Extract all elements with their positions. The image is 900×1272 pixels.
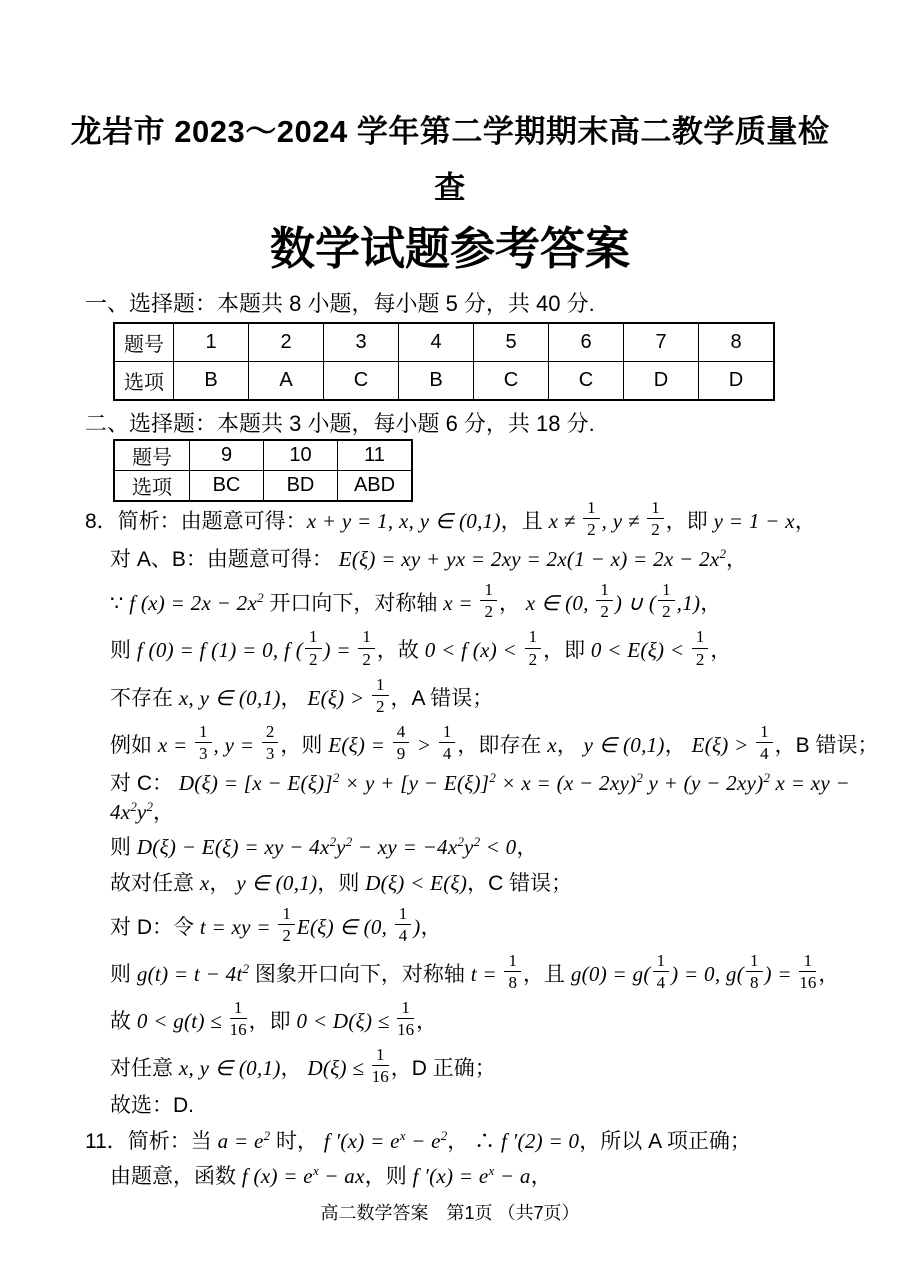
fraction-denominator: 2	[525, 649, 542, 669]
fraction-denominator: 2	[658, 601, 675, 621]
fraction-denominator: 4	[439, 743, 456, 763]
math-run: g(0) = g(	[571, 962, 651, 986]
question-number-cell: 5	[474, 323, 549, 362]
answer-cell: D	[699, 362, 775, 401]
row-label-cell: 题号	[114, 440, 190, 471]
math-run: D(ξ) = [x − E(ξ)]	[179, 771, 333, 795]
text-run: 则	[110, 639, 137, 662]
fraction-numerator: 1	[439, 722, 456, 743]
math-run: × y + [y − E(ξ)]	[339, 771, 489, 795]
solution-line: 11．简析：当 a = e2 时， f ′(x) = ex − e2， ∴ f …	[85, 1127, 890, 1156]
math-run: y	[137, 800, 147, 824]
math-run: y = 1 − x	[714, 509, 795, 533]
solution-line: 故选：D.	[110, 1092, 890, 1120]
text-run: ，且	[523, 963, 571, 986]
answer-cell: B	[174, 362, 249, 401]
math-run: y ∈ (0,1)	[236, 871, 317, 895]
solution-line: 故对任意 x， y ∈ (0,1)，则 D(ξ) < E(ξ)，C 错误；	[110, 869, 890, 898]
text-run: ，C 错误；	[467, 872, 572, 895]
fraction-numerator: 1	[372, 1045, 389, 1066]
text-run: ，	[726, 548, 747, 571]
fraction-denominator: 2	[692, 649, 709, 669]
fraction-denominator: 4	[395, 925, 412, 945]
math-run: D(ξ) − E(ξ) = xy − 4x	[137, 835, 330, 859]
text-run: ，故	[377, 639, 425, 662]
fraction: 12	[692, 627, 709, 668]
fraction: 14	[756, 722, 773, 763]
math-run: y	[336, 835, 346, 859]
question-number-cell: 1	[174, 323, 249, 362]
text-run: 8．简析：由题意可得：	[85, 510, 307, 533]
fraction-denominator: 8	[746, 972, 763, 992]
text-run: ，且	[501, 510, 549, 533]
text-run: ， ∴	[447, 1130, 501, 1153]
fraction-numerator: 1	[525, 627, 542, 648]
math-run: − ax	[319, 1164, 365, 1188]
solutions: 8．简析：由题意可得：x + y = 1, x, y ∈ (0,1)，且 x ≠…	[85, 492, 890, 1197]
fraction-denominator: 16	[230, 1019, 247, 1039]
fraction-numerator: 1	[583, 498, 600, 519]
math-run: E(ξ) >	[307, 685, 370, 709]
text-run: ，	[710, 639, 731, 662]
math-run: y ∈ (0,1)	[584, 732, 665, 756]
fraction-numerator: 4	[393, 722, 410, 743]
math-run: f (x) = e	[242, 1164, 313, 1188]
text-run: 图象开口向下，对称轴	[249, 963, 471, 986]
math-run: 0 < E(ξ) <	[591, 638, 690, 662]
math-run: 0 < D(ξ) ≤	[297, 1009, 396, 1033]
text-run: 时，	[270, 1130, 324, 1153]
answer-cell: C	[324, 362, 399, 401]
fraction: 12	[372, 675, 389, 716]
math-run: x =	[158, 732, 193, 756]
fraction-denominator: 2	[358, 649, 375, 669]
fraction-numerator: 1	[647, 498, 664, 519]
math-run: , y ≠	[602, 509, 646, 533]
fraction-numerator: 1	[372, 675, 389, 696]
fraction: 14	[653, 951, 670, 992]
fraction: 116	[230, 998, 247, 1039]
text-run: ，	[557, 733, 584, 756]
fraction-numerator: 1	[230, 998, 247, 1019]
math-run: x + y = 1, x, y ∈ (0,1)	[307, 509, 501, 533]
fraction: 12	[305, 627, 322, 668]
fraction-denominator: 16	[397, 1019, 414, 1039]
math-run: − e	[406, 1129, 441, 1153]
fraction-denominator: 2	[647, 519, 664, 539]
fraction: 116	[372, 1045, 389, 1086]
math-run: ) ∪ (	[615, 591, 656, 615]
text-run: ，	[281, 1057, 308, 1080]
text-run: ，	[416, 1010, 437, 1033]
fraction-denominator: 2	[583, 519, 600, 539]
fraction: 12	[358, 627, 375, 668]
fraction-numerator: 1	[195, 722, 212, 743]
math-run: t =	[471, 962, 503, 986]
math-run: ) =	[324, 638, 357, 662]
exam-title-line1: 龙岩市 2023～2024 学年第二学期期末高二教学质量检	[0, 104, 900, 160]
fraction-denominator: 2	[480, 601, 497, 621]
math-run: t = xy =	[200, 915, 277, 939]
answer-cell: D	[624, 362, 699, 401]
text-run: ，	[499, 592, 526, 615]
text-run: ，则	[317, 872, 365, 895]
solution-line: 例如 x = 13, y = 23，则 E(ξ) = 49 > 14，即存在 x…	[110, 722, 890, 763]
fraction-denominator: 4	[653, 972, 670, 992]
text-run: ，即	[249, 1010, 297, 1033]
math-run: y + (y − 2xy)	[643, 771, 764, 795]
text-run: ，	[516, 836, 537, 859]
question-number-cell: 8	[699, 323, 775, 362]
math-run: )	[413, 915, 420, 939]
fraction-numerator: 1	[278, 904, 295, 925]
text-run: 对 D：令	[110, 916, 200, 939]
solution-line: 不存在 x, y ∈ (0,1)， E(ξ) > 12，A 错误；	[110, 675, 890, 716]
fraction-numerator: 1	[596, 580, 613, 601]
text-run: ，	[209, 872, 236, 895]
math-run: E(ξ) >	[692, 732, 755, 756]
solution-line: 对 D：令 t = xy = 12E(ξ) ∈ (0, 14)，	[110, 904, 890, 945]
fraction-denominator: 16	[799, 972, 816, 992]
text-run: 开口向下，对称轴	[264, 592, 444, 615]
math-run: f ′(2) = 0	[501, 1129, 579, 1153]
fraction-numerator: 1	[395, 904, 412, 925]
math-run: D(ξ) < E(ξ)	[365, 871, 467, 895]
fraction-denominator: 2	[278, 925, 295, 945]
section-two-heading: 二、选择题：本题共 3 小题，每小题 6 分，共 18 分.	[85, 407, 595, 438]
fraction-numerator: 1	[653, 951, 670, 972]
math-run: >	[411, 732, 437, 756]
math-run: < 0	[480, 835, 516, 859]
answer-cell: A	[249, 362, 324, 401]
fraction: 12	[596, 580, 613, 621]
exam-title: 龙岩市 2023～2024 学年第二学期期末高二教学质量检 查	[0, 104, 900, 216]
fraction: 12	[525, 627, 542, 668]
math-run: x =	[443, 591, 478, 615]
fraction: 18	[504, 951, 521, 992]
fraction: 116	[799, 951, 816, 992]
text-run: ，	[153, 801, 174, 824]
text-run: ，D 正确；	[391, 1057, 496, 1080]
solution-line: 由题意，函数 f (x) = ex − ax，则 f ′(x) = ex − a…	[110, 1162, 890, 1191]
text-run: ，	[795, 510, 816, 533]
question-number-cell: 4	[399, 323, 474, 362]
math-run: y	[464, 835, 474, 859]
math-run: E(ξ) =	[328, 732, 391, 756]
text-run: 11．简析：当	[85, 1130, 218, 1153]
fraction-numerator: 1	[658, 580, 675, 601]
fraction-denominator: 16	[372, 1066, 389, 1086]
question-number-cell: 3	[324, 323, 399, 362]
question-number-cell: 11	[338, 440, 413, 471]
fraction: 13	[195, 722, 212, 763]
text-run: ，A 错误；	[391, 686, 494, 709]
text-run: 对任意	[110, 1057, 179, 1080]
math-run: , y =	[214, 732, 260, 756]
fraction: 12	[278, 904, 295, 945]
fraction: 18	[746, 951, 763, 992]
text-run: 由题意，函数	[110, 1165, 242, 1188]
text-run: 故选：D.	[110, 1094, 194, 1117]
text-run: 不存在	[110, 686, 179, 709]
answer-cell: B	[399, 362, 474, 401]
fraction: 14	[439, 722, 456, 763]
math-run: x, y ∈ (0,1)	[179, 685, 281, 709]
math-run: ) = 0, g(	[671, 962, 744, 986]
math-run: x	[547, 732, 557, 756]
fraction: 12	[583, 498, 600, 539]
text-run: ，即	[543, 639, 591, 662]
math-run: ,1)	[677, 591, 701, 615]
math-run: x, y ∈ (0,1)	[179, 1056, 281, 1080]
solution-line: 对 C： D(ξ) = [x − E(ξ)]2 × y + [y − E(ξ)]…	[110, 769, 890, 828]
text-run: ∵	[110, 592, 129, 615]
solution-line: 对 A、B：由题意可得： E(ξ) = xy + yx = 2xy = 2x(1…	[110, 545, 890, 574]
text-run: ，即存在	[457, 733, 547, 756]
solution-line: 故 0 < g(t) ≤ 116，即 0 < D(ξ) ≤ 116，	[110, 998, 890, 1039]
table-row: 选项BACBCCDD	[114, 362, 774, 401]
page-footer: 高二数学答案 第1页 （共7页）	[0, 1199, 900, 1225]
question-number-cell: 2	[249, 323, 324, 362]
fraction-numerator: 1	[397, 998, 414, 1019]
math-run: D(ξ) ≤	[307, 1056, 369, 1080]
math-run: f (0) = f (1) = 0, f (	[137, 638, 303, 662]
table-row: 题号91011	[114, 440, 412, 471]
text-run: ，B 错误；	[775, 733, 879, 756]
text-run: ，所以 A 项正确；	[579, 1130, 751, 1153]
fraction-denominator: 4	[756, 743, 773, 763]
fraction-numerator: 2	[262, 722, 279, 743]
question-number-cell: 10	[264, 440, 338, 471]
text-run: 例如	[110, 733, 158, 756]
math-run: 0 < g(t) ≤	[137, 1009, 228, 1033]
solution-line: 8．简析：由题意可得：x + y = 1, x, y ∈ (0,1)，且 x ≠…	[85, 498, 890, 539]
answer-cell: C	[474, 362, 549, 401]
question-number-cell: 6	[549, 323, 624, 362]
text-run: ，	[700, 592, 721, 615]
text-run: ，	[281, 686, 308, 709]
exam-title-line2: 查	[0, 160, 900, 216]
math-run: x ≠	[549, 509, 582, 533]
text-run: ，即	[666, 510, 714, 533]
math-run: a = e	[218, 1129, 264, 1153]
table-row: 题号12345678	[114, 323, 774, 362]
answer-cell: C	[549, 362, 624, 401]
math-run: × x = (x − 2xy)	[496, 771, 637, 795]
text-run: ，则	[280, 733, 328, 756]
math-run: − a	[494, 1164, 530, 1188]
fraction-numerator: 1	[504, 951, 521, 972]
math-run: f (x) = 2x − 2x	[129, 591, 257, 615]
text-run: ，则	[365, 1165, 413, 1188]
fraction-denominator: 8	[504, 972, 521, 992]
answer-table-section-one: 题号12345678选项BACBCCDD	[113, 322, 775, 401]
fraction-numerator: 1	[480, 580, 497, 601]
fraction-denominator: 3	[195, 743, 212, 763]
fraction-denominator: 2	[372, 696, 389, 716]
fraction-denominator: 2	[305, 649, 322, 669]
fraction: 23	[262, 722, 279, 763]
fraction: 12	[647, 498, 664, 539]
row-label-cell: 题号	[114, 323, 174, 362]
text-run: ，	[818, 963, 839, 986]
text-run: 则	[110, 963, 137, 986]
section-one-heading: 一、选择题：本题共 8 小题，每小题 5 分，共 40 分.	[85, 287, 595, 318]
text-run: ，	[421, 916, 442, 939]
fraction-numerator: 1	[358, 627, 375, 648]
text-run: 则	[110, 836, 137, 859]
answer-sheet-page: 龙岩市 2023～2024 学年第二学期期末高二教学质量检 查 数学试题参考答案…	[0, 0, 900, 1272]
question-number-cell: 9	[190, 440, 264, 471]
math-run: E(ξ) ∈ (0,	[297, 915, 393, 939]
fraction-numerator: 1	[746, 951, 763, 972]
text-run: ，	[531, 1165, 552, 1188]
fraction-numerator: 1	[692, 627, 709, 648]
solution-line: 则 g(t) = t − 4t2 图象开口向下，对称轴 t = 18，且 g(0…	[110, 951, 890, 992]
fraction: 12	[658, 580, 675, 621]
math-run: f ′(x) = e	[324, 1129, 400, 1153]
fraction-numerator: 1	[799, 951, 816, 972]
fraction-denominator: 2	[596, 601, 613, 621]
text-run: 对 C：	[110, 772, 179, 795]
fraction-denominator: 9	[393, 743, 410, 763]
text-run: 故	[110, 1010, 137, 1033]
fraction: 14	[395, 904, 412, 945]
math-run: E(ξ) = xy + yx = 2xy = 2x(1 − x) = 2x − …	[339, 547, 720, 571]
math-run: − xy = −4x	[352, 835, 457, 859]
math-run: ) =	[765, 962, 798, 986]
text-run: 故对任意	[110, 872, 200, 895]
fraction: 116	[397, 998, 414, 1039]
solution-line: 对任意 x, y ∈ (0,1)， D(ξ) ≤ 116，D 正确；	[110, 1045, 890, 1086]
math-run: x ∈ (0,	[526, 591, 595, 615]
math-run: f ′(x) = e	[413, 1164, 489, 1188]
fraction-numerator: 1	[305, 627, 322, 648]
question-number-cell: 7	[624, 323, 699, 362]
row-label-cell: 选项	[114, 362, 174, 401]
text-run: 对 A、B：由题意可得：	[110, 548, 339, 571]
math-run: 0 < f (x) <	[425, 638, 523, 662]
fraction: 49	[393, 722, 410, 763]
solution-line: 则 D(ξ) − E(ξ) = xy − 4x2y2 − xy = −4x2y2…	[110, 833, 890, 862]
solution-line: ∵ f (x) = 2x − 2x2 开口向下，对称轴 x = 12， x ∈ …	[110, 580, 890, 621]
fraction-denominator: 3	[262, 743, 279, 763]
document-title: 数学试题参考答案	[0, 212, 900, 277]
answer-table-one-body: 题号12345678选项BACBCCDD	[114, 323, 774, 400]
solution-line: 则 f (0) = f (1) = 0, f (12) = 12，故 0 < f…	[110, 627, 890, 668]
math-run: g(t) = t − 4t	[137, 962, 243, 986]
text-run: ，	[665, 733, 692, 756]
fraction: 12	[480, 580, 497, 621]
fraction-numerator: 1	[756, 722, 773, 743]
